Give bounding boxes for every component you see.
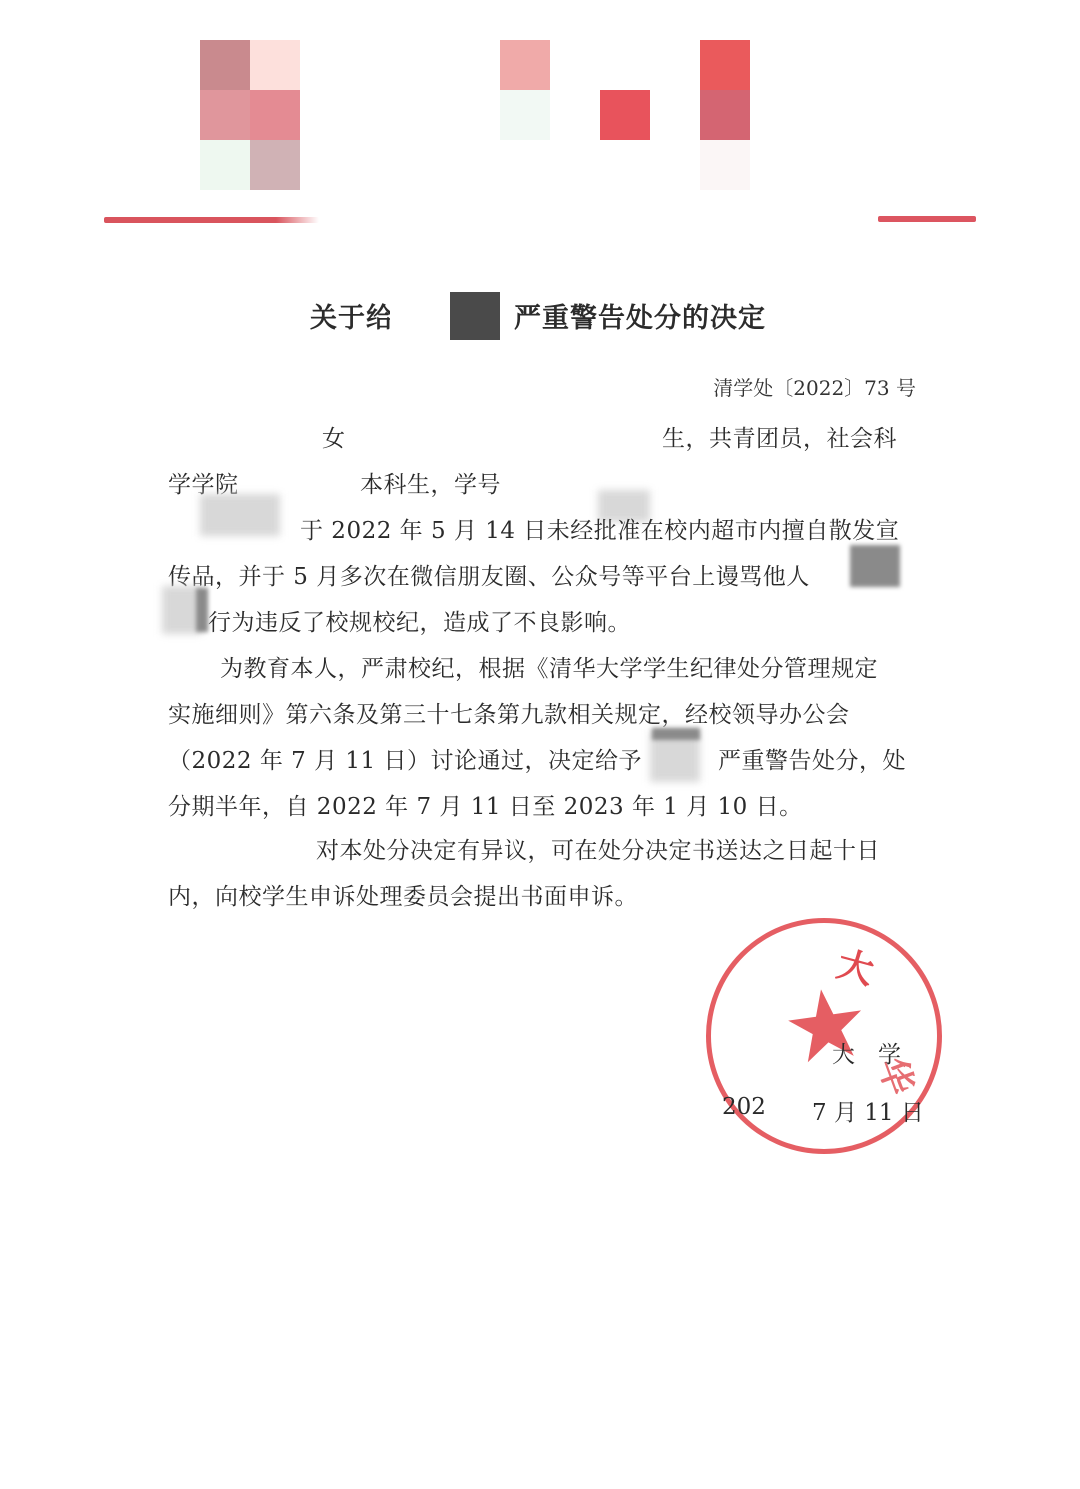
mosaic-block [700,90,750,140]
mosaic-block [200,90,250,140]
signature-date: 7 月 11 日 [812,1094,924,1127]
mosaic-block [600,90,650,140]
mosaic-block [500,40,550,90]
mosaic-block [250,40,300,90]
p1-gender: 女 [322,420,346,453]
p1-line1-tail: 生，共青团员，社会科 [662,420,897,453]
p1-line2-tail: 本科生，学号 [360,466,501,499]
p3-line2: 实施细则》第六条及第三十七条第九款相关规定，经校领导办公会 [168,696,850,729]
redaction-blur [850,545,900,587]
title-redaction-mask [390,290,450,340]
signature-org: 大 学 [832,1036,901,1069]
p2-line2: 传品，并于 5 月多次在微信朋友圈、公众号等平台上谩骂他人 [168,558,810,591]
p2-line3: 行为违反了校规校纪，造成了不良影响。 [208,604,631,637]
p3-line4: 分期半年，自 2022 年 7 月 11 日至 2023 年 1 月 10 日。 [168,788,803,821]
document-title: 关于给予 严重警告处分的决定 [310,292,790,336]
mosaic-block [500,90,550,140]
redacted-name-block [450,292,500,340]
redaction-blur [652,728,700,740]
header-divider-left [104,217,319,223]
p2-line1: 于 2022 年 5 月 14 日未经批准在校内超市内擅自散发宣 [300,512,899,545]
p3-line3-tail: 严重警告处分，处 [718,742,906,775]
mosaic-block [250,140,300,190]
header-divider-right [878,216,976,222]
redaction-blur [196,588,208,632]
signature-date-year: 202 [722,1094,766,1120]
mosaic-block [700,40,750,90]
redaction-blur [200,494,280,536]
mosaic-block [200,40,250,90]
p4-line1: 对本处分决定有异议，可在处分决定书送达之日起十日 [316,832,880,865]
p3-line3-head: （2022 年 7 月 11 日）讨论通过，决定给予 [168,742,642,775]
p4-line2: 内，向校学生申诉处理委员会提出书面申诉。 [168,878,638,911]
mosaic-block [250,90,300,140]
title-suffix: 严重警告处分的决定 [514,296,766,335]
mosaic-block [200,140,250,190]
mosaic-block [700,140,750,190]
p3-line1: 为教育本人，严肃校纪，根据《清华大学学生纪律处分管理规定 [220,650,878,683]
document-number: 清学处〔2022〕73 号 [713,372,916,401]
